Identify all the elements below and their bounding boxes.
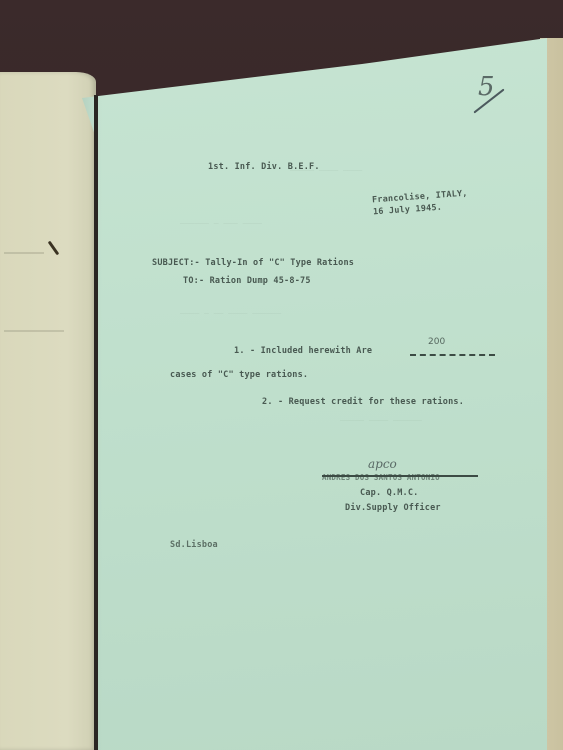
- show-through-text: _____ ____ ______: [340, 412, 422, 421]
- to-text: Ration Dump 45-8-75: [210, 276, 311, 286]
- page-gutter: [94, 95, 98, 750]
- show-through-text: ______ _ ___ ____: [180, 215, 262, 224]
- footer-note: Sd.Lisboa: [170, 540, 218, 550]
- signature-rank: Cap. Q.M.C.: [360, 488, 419, 498]
- paragraph-2: 2. - Request credit for these rations.: [262, 397, 464, 407]
- left-facing-page: [0, 72, 96, 750]
- handwritten-signature: apco: [368, 457, 397, 471]
- subject-text: Tally-In of "C" Type Rations: [205, 258, 354, 268]
- document-page: [82, 38, 547, 750]
- quantity-blank-line: [410, 344, 495, 356]
- quantity-value: 200: [428, 337, 445, 347]
- show-through-text: ____ _ __ ____ ______: [180, 305, 281, 314]
- header-unit: 1st. Inf. Div. B.E.F.: [208, 162, 320, 172]
- paragraph-1-suffix: cases of "C" type rations.: [170, 370, 308, 380]
- staple-mark: [48, 241, 60, 256]
- strike-through-line: [322, 475, 478, 477]
- subject-label: SUBJECT:-: [152, 258, 200, 268]
- subject-line: SUBJECT:- Tally-In of "C" Type Rations: [152, 258, 354, 268]
- to-line: TO:- Ration Dump 45-8-75: [183, 276, 311, 286]
- to-label: TO:-: [183, 276, 204, 286]
- faded-text-line: [4, 252, 44, 254]
- signature-title: Div.Supply Officer: [345, 503, 441, 513]
- paragraph-1-prefix: 1. - Included herewith Are: [234, 346, 372, 356]
- faded-text-line: [4, 330, 64, 332]
